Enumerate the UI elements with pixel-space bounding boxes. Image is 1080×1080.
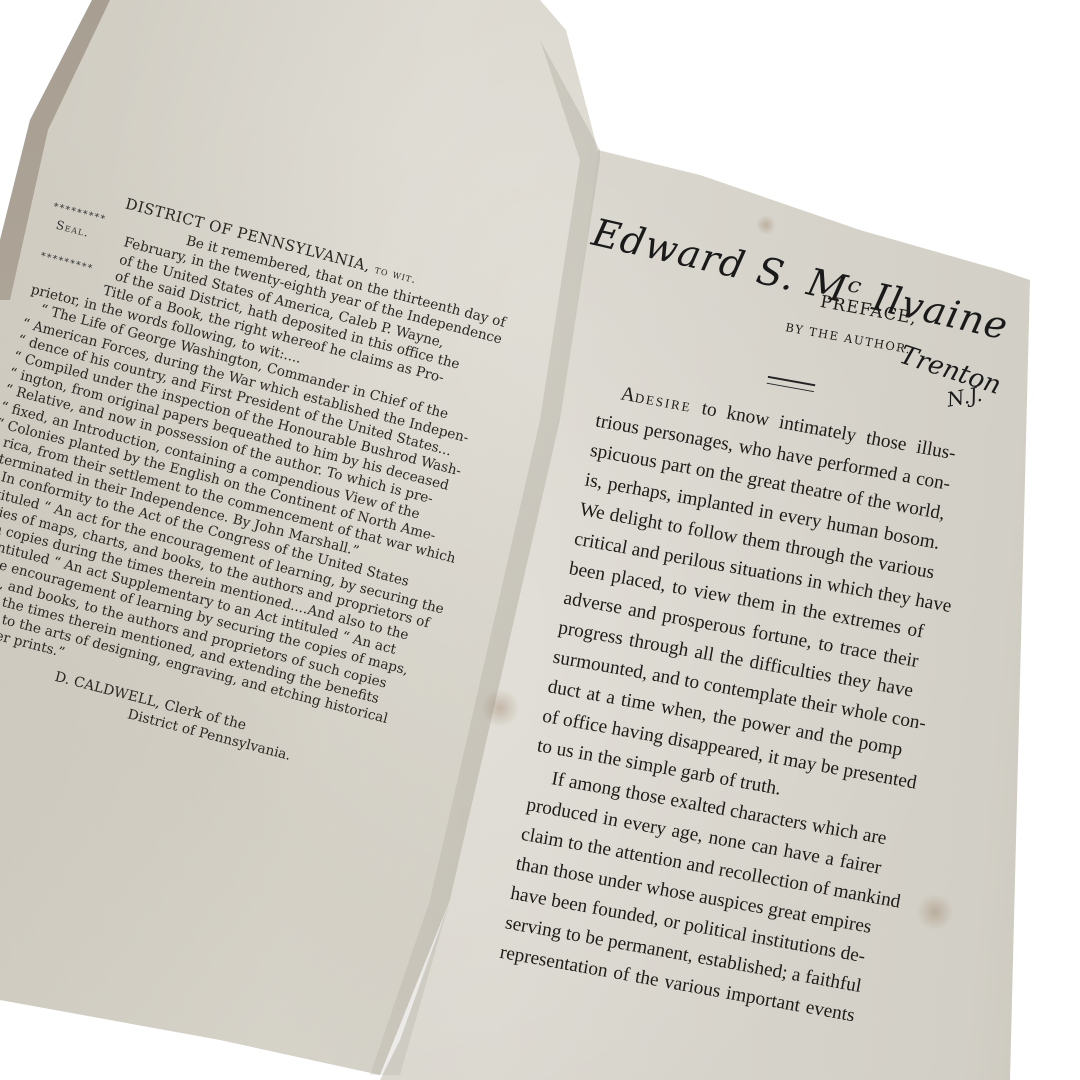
open-book-photo: DISTRICT OF PENNSYLVANIA, to wit. ******… <box>0 0 1080 1080</box>
foxing-stain <box>480 690 520 726</box>
foxing-stain <box>756 215 776 235</box>
foxing-stain <box>915 895 955 929</box>
